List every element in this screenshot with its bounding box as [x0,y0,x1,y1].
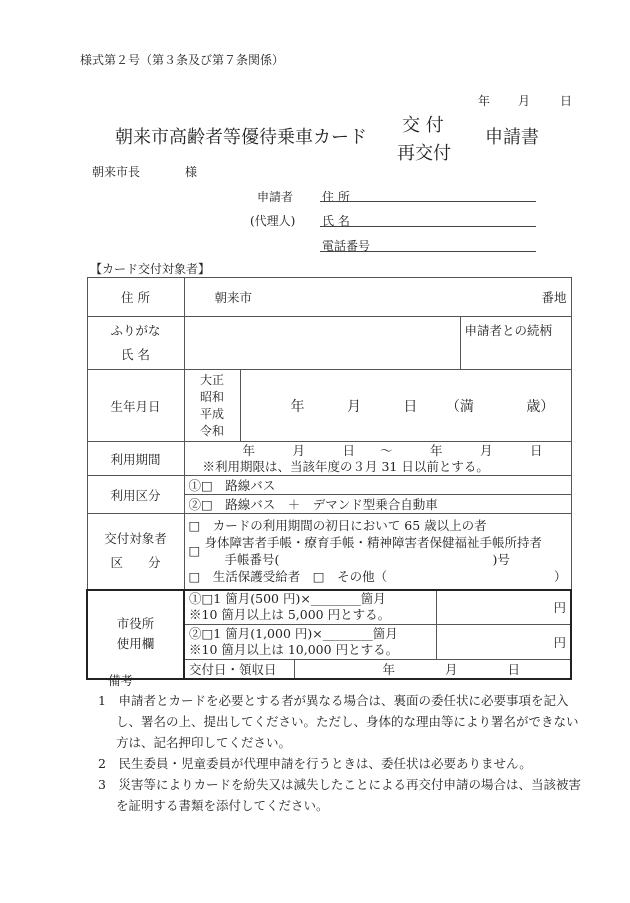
category-option-2[interactable]: ②□ 路線バス ＋ デマンド型乗合自動車 [184,495,571,514]
checkbox-icon[interactable]: □ [189,542,201,559]
card-target-table: 住 所 朝来市 番地 ふりがな 氏 名 申請者との続柄 生年月日 大正 昭和 平… [86,277,572,680]
relation-label: 申請者との続柄 [465,323,553,338]
issue-date-label-cell: 交付日・領収日 [184,660,294,680]
applicant-phone-field[interactable] [320,251,536,252]
fee-amount-2[interactable]: 円 [436,625,571,660]
birth-year-label: 年 [291,399,305,415]
eligibility-option-other[interactable]: □ 生活保護受給者 □ その他（ ） [189,568,567,585]
birth-label-cell: 生年月日 [87,370,184,442]
birth-label: 生年月日 [110,399,160,414]
birth-date-field[interactable]: 年 月 日 （満 歳） [240,370,571,442]
fee-option-2-line1: ②□1 箇月(1,000 円)×________箇月 [189,626,432,642]
applicant-label: 申請者 [257,188,293,205]
notes-heading: 備考 [108,670,133,691]
office-label-1: 市役所 [92,614,179,634]
category-label-cell: 利用区分 [87,476,184,514]
title-suffix: 申請書 [485,123,539,149]
note-item-2: 2 民生委員・児童委員が代理申請を行うときは、委任状は必要ありません。 [98,753,586,774]
title-option-issue: 交 付 [402,111,444,137]
birth-day-label: 日 [403,399,417,415]
issue-date-value: 年 月 日 [383,662,521,677]
period-label-cell: 利用期間 [87,442,184,476]
address-label: 住 所 [121,290,150,305]
eligibility-option-disability[interactable]: □ 身体障害者手帳・療育手帳・精神障害者保健福祉手帳所持者 手帳番号( )号 [189,534,567,568]
welfare-other-label: □ 生活保護受給者 □ その他（ [189,569,388,584]
other-close-paren: ） [554,568,567,585]
addressee-honorific: 様 [185,163,197,180]
name-field[interactable] [184,317,460,370]
date-day-label: 日 [560,92,572,109]
eligibility-label-1: 交付対象者 [92,527,180,551]
yen-label-2: 円 [554,635,567,650]
title-option-reissue: 再交付 [397,139,451,165]
issue-date-field[interactable]: 年 月 日 [294,660,571,680]
furigana-label: ふりがな [92,319,180,343]
name-label-cell: ふりがな 氏 名 [87,317,184,370]
office-label-2: 使用欄 [92,634,179,654]
handbook-number-end: )号 [493,551,510,568]
handbook-number-label: 手帳番号( [225,551,280,568]
fee-option-2[interactable]: ②□1 箇月(1,000 円)×________箇月 ※10 箇月以上は 10,… [184,625,436,660]
address-label-cell: 住 所 [87,278,184,317]
age-close-label: 歳） [526,399,554,415]
fee-option-2-line2: ※10 箇月以上は 10,000 円とする。 [189,642,432,658]
applicant-address-field[interactable] [320,201,536,202]
address-suffix: 番地 [542,288,567,306]
date-year-label: 年 [478,92,490,109]
era-options[interactable]: 大正 昭和 平成 令和 [184,370,240,442]
fee-amount-1[interactable]: 円 [436,590,571,625]
period-date-line: 年 月 日 ～ 年 月 日 [203,443,567,459]
name-label: 氏 名 [92,343,180,367]
era-taisho[interactable]: 大正 [189,372,236,389]
relation-field[interactable]: 申請者との続柄 [460,317,571,370]
category-label: 利用区分 [110,488,160,503]
category-option-1-text: ①□ 路線バス [189,478,276,493]
applicant-address-label: 住 所 [322,188,350,205]
address-city: 朝来市 [215,290,253,305]
period-label: 利用期間 [110,452,160,467]
eligibility-label-cell: 交付対象者 区 分 [87,514,184,590]
section-title: 【カード交付対象者】 [90,260,210,277]
notes-list: 1 申請者とカードを必要とする者が異なる場合は、裏面の委任状に必要事項を記入し、… [98,690,586,816]
proxy-label: (代理人) [250,212,295,229]
era-heisei[interactable]: 平成 [189,406,236,423]
address-field[interactable]: 朝来市 番地 [184,278,571,317]
fee-option-1-line1: ①□1 箇月(500 円)×________箇月 [189,591,432,607]
age-open-label: （満 [446,399,474,415]
era-showa[interactable]: 昭和 [189,389,236,406]
issue-date-label: 交付日・領収日 [189,662,277,677]
yen-label-1: 円 [554,600,567,615]
category-option-1[interactable]: ①□ 路線バス [184,476,571,495]
date-month-label: 月 [518,92,530,109]
fee-option-1-line2: ※10 箇月以上は 5,000 円とする。 [189,607,432,623]
page-title: 朝来市高齢者等優待乗車カード [115,123,367,149]
birth-month-label: 月 [347,399,361,415]
disability-label: 身体障害者手帳・療育手帳・精神障害者保健福祉手帳所持者 [205,534,543,551]
eligibility-option-age[interactable]: □ カードの利用期間の初日において 65 歳以上の者 [189,517,567,534]
fee-option-1[interactable]: ①□1 箇月(500 円)×________箇月 ※10 箇月以上は 5,000… [184,590,436,625]
applicant-name-field[interactable] [320,226,536,227]
office-label-cell: 市役所 使用欄 [87,590,184,680]
addressee-name: 朝来市長 [92,163,140,180]
note-item-1: 1 申請者とカードを必要とする者が異なる場合は、裏面の委任状に必要事項を記入し、… [98,690,586,753]
eligibility-label-2: 区 分 [92,551,180,575]
era-reiwa[interactable]: 令和 [189,423,236,440]
period-note: ※利用期限は、当該年度の３月 31 日以前とする。 [203,459,567,475]
period-field[interactable]: 年 月 日 ～ 年 月 日 ※利用期限は、当該年度の３月 31 日以前とする。 [184,442,571,476]
eligibility-options[interactable]: □ カードの利用期間の初日において 65 歳以上の者 □ 身体障害者手帳・療育手… [184,514,571,590]
note-item-3: 3 災害等によりカードを紛失又は滅失したことによる再交付申請の場合は、当該被害を… [98,774,586,816]
form-number: 様式第２号（第３条及び第７条関係） [80,51,284,68]
category-option-2-text: ②□ 路線バス ＋ デマンド型乗合自動車 [189,497,438,512]
